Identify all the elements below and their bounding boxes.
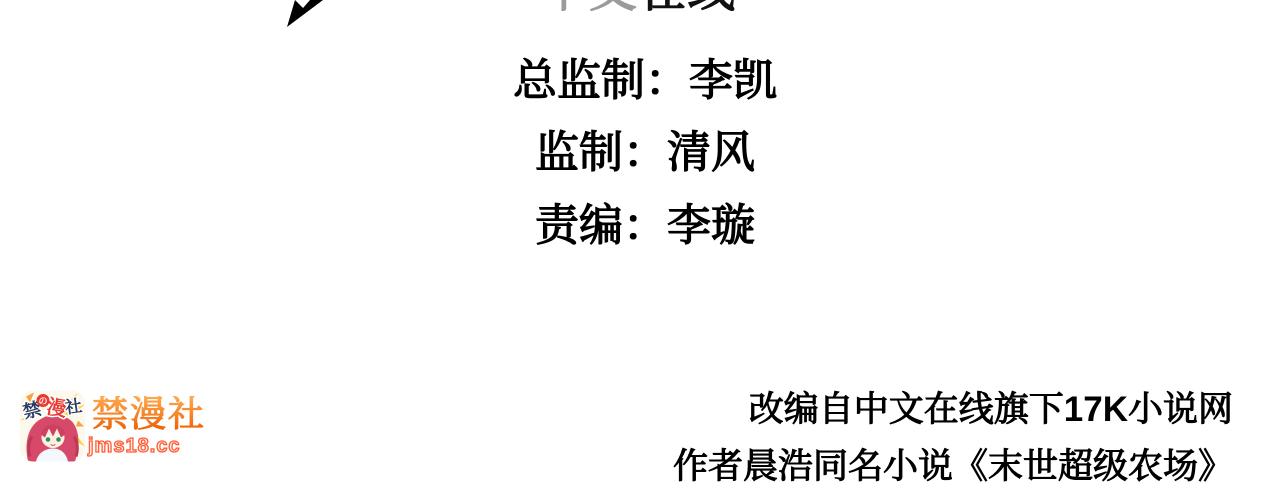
credit-line-supervisor: 监制：清风 <box>10 131 1280 175</box>
credit-line-chief-supervisor: 总监制：李凯 <box>10 59 1280 103</box>
adaptation-author-line: 作者晨浩同名小说《末世超级农场》 <box>673 449 1233 484</box>
watermark-app-icon: 禁 漫 社 の <box>20 390 85 462</box>
icon-char-she: 社 <box>63 395 84 417</box>
watermark-site-name: 禁漫社 <box>92 396 206 432</box>
arrow-shape <box>287 0 323 27</box>
girl-eye-left <box>46 437 51 442</box>
credit-line-editor: 责编：李璇 <box>10 204 1280 248</box>
top-logo-fragment-black: 在线 <box>638 0 736 16</box>
logo-arrow-fragment-icon <box>283 0 323 28</box>
page: 中文在线 总监制：李凯 监制：清风 责编：李璇 改编自中文在线旗下17K小说网 … <box>0 0 1280 500</box>
top-logo-fragment-gray: 中文 <box>540 0 638 16</box>
top-logo-fragment: 中文在线 <box>540 0 736 15</box>
watermark-site-url: jms18.cc <box>88 436 181 456</box>
icon-char-no: の <box>38 396 47 406</box>
adaptation-source-line: 改编自中文在线旗下17K小说网 <box>749 392 1233 427</box>
girl-eye-right <box>56 437 61 442</box>
top-logo-clip: 中文在线 <box>0 0 1280 16</box>
